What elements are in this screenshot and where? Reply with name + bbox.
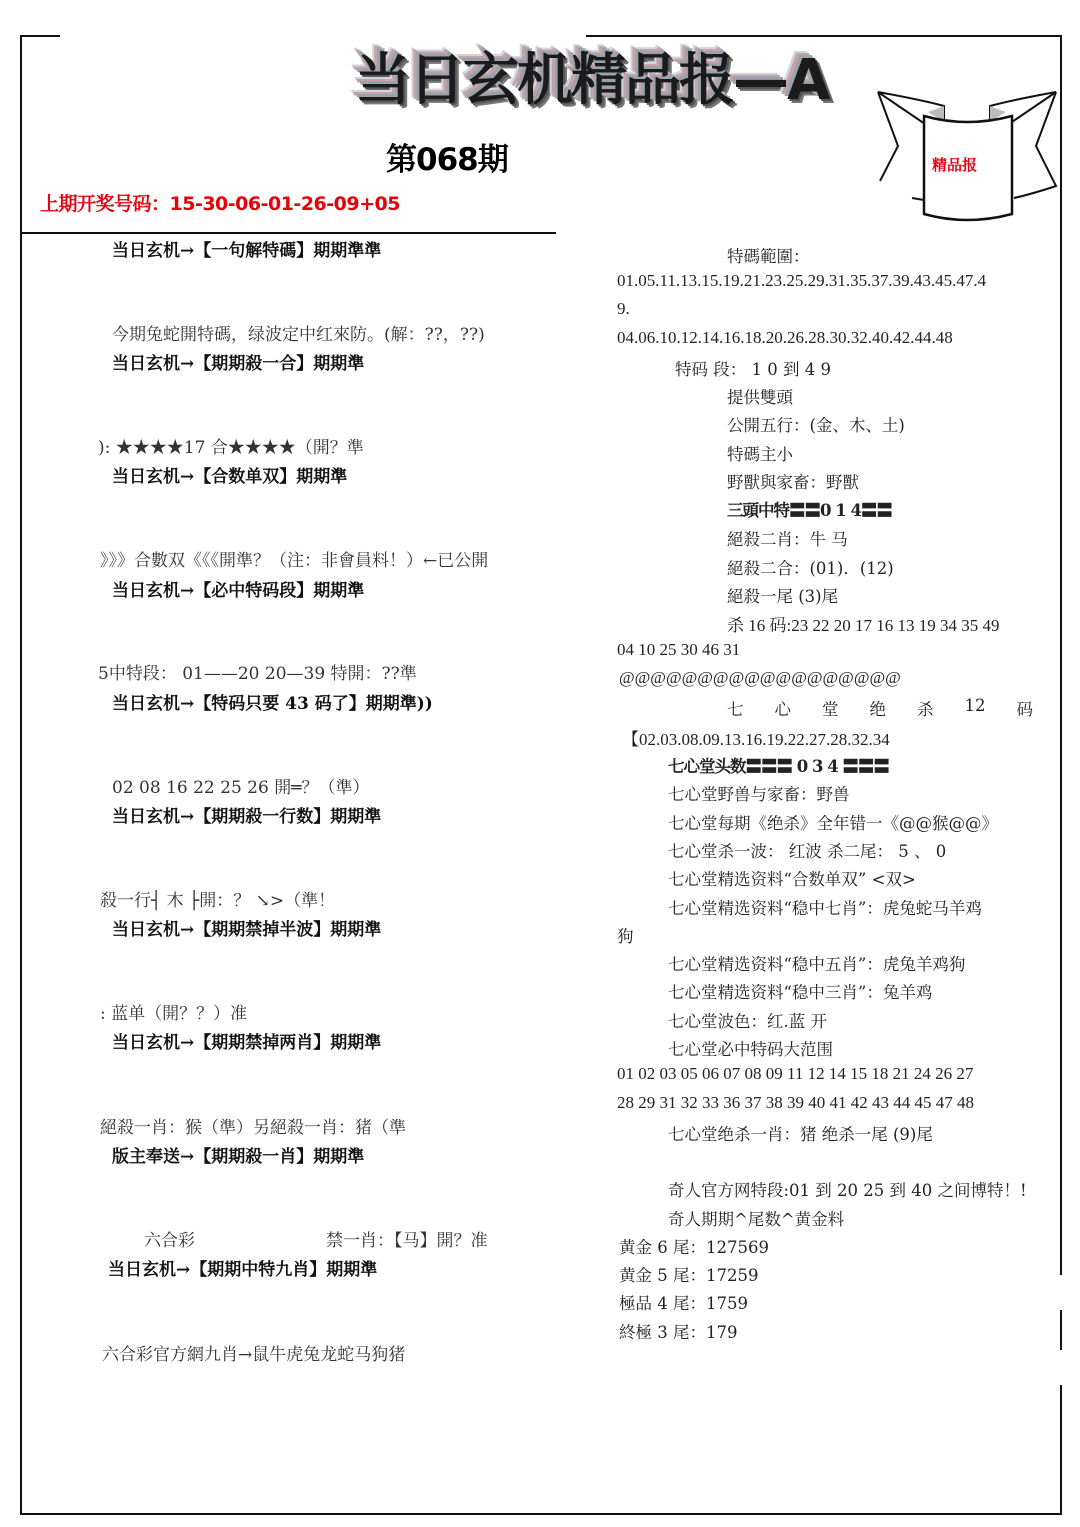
kill16-label: 杀 16 码:: [727, 616, 791, 635]
qxt-item: 七心堂波色：红.蓝 开: [668, 1008, 827, 1032]
tail-label: 終極 3 尾：: [619, 1323, 706, 1342]
segment: 特码 段： 1 0 到 4 9: [675, 356, 831, 380]
block-heading: 当日玄机→【一句解特碼】期期準準: [112, 236, 381, 261]
block-content: 》》》合數双《《《開準？（注：非會員料！）←已公開: [100, 546, 488, 571]
qxt-title-char: 码: [1017, 696, 1034, 720]
last-draw-numbers: 15-30-06-01-26-09+05: [170, 193, 400, 215]
kill16-line: 杀 16 码:23 22 20 17 16 13 19 34 35 49: [727, 611, 999, 636]
block-content: 禁一肖：【马】開？准: [326, 1226, 488, 1251]
tail-value: 17259: [706, 1266, 759, 1285]
block-content: 六合彩官方網九肖→鼠牛虎兔龙蛇马狗猪: [102, 1340, 405, 1365]
at-divider: @@@@@@@@@@@@@@@@@@: [619, 668, 901, 688]
title-text: 当日玄机精品报—A: [355, 46, 828, 116]
block-heading: 当日玄机→【期期殺一合】期期準: [112, 349, 364, 374]
frame-top-left: [20, 35, 60, 37]
block-heading: 当日玄机→【特码只要 43 码了】期期準)): [112, 689, 433, 714]
qiren-segment: 奇人官方网特段:01 到 20 25 到 40 之间博特！!: [668, 1177, 1027, 1201]
block-heading: 版主奉送→【期期殺一肖】期期準: [112, 1142, 364, 1167]
block-heading: 当日玄机→【期期殺一行数】期期準: [112, 802, 381, 827]
big-range-line: 28 29 31 32 33 36 37 38 39 40 41 42 43 4…: [617, 1093, 974, 1113]
block-content: 殺一行┤ 木 ├開：？ ↘>（準！: [100, 886, 335, 911]
range-title: 特碼範圍：: [727, 243, 810, 267]
frame-right-c: [1060, 1385, 1062, 1515]
tail-row: 黄金 5 尾：17259: [619, 1262, 759, 1286]
qxt-final: 七心堂绝杀一肖：猪 绝杀一尾 (9)尾: [668, 1121, 933, 1145]
big-range-line: 01 02 03 05 06 07 08 09 11 12 14 15 18 2…: [617, 1064, 973, 1084]
info-item: 特碼主小: [727, 441, 793, 465]
tail-row: 極品 4 尾：1759: [619, 1290, 748, 1314]
qxt-title-char: 12: [965, 696, 986, 720]
qxt-item: 七心堂每期《绝杀》全年错一《@@猴@@》: [668, 810, 998, 834]
tail-label: 黄金 5 尾：: [619, 1266, 706, 1285]
info-item: 絕殺二合：(01)．(12): [727, 555, 894, 579]
block-content: 今期兔蛇開特碼，绿波定中红來防。(解：??，??): [112, 320, 485, 345]
info-item: 三頭中特〓〓0 1 4〓〓: [727, 497, 892, 521]
range-line: 04.06.10.12.14.16.18.20.26.28.30.32.40.4…: [617, 328, 953, 348]
tail-value: 127569: [706, 1238, 769, 1257]
info-item: 提供雙頭: [727, 384, 793, 408]
ribbon-banner-icon: 精品报: [862, 86, 1072, 231]
block-content: 02 08 16 22 25 26 開═？（準）: [112, 773, 369, 798]
frame-right-b: [1060, 1310, 1062, 1350]
info-item: 絕殺二肖：牛 马: [727, 526, 848, 550]
tail-label: 黄金 6 尾：: [619, 1238, 706, 1257]
block-heading: 当日玄机→【合数单双】期期準: [112, 462, 347, 487]
qxt-item: 七心堂精选资料“合数单双” <双>: [668, 866, 916, 890]
frame-top-right: [586, 35, 1062, 37]
qxt-item: 七心堂必中特码大范围: [668, 1036, 833, 1060]
kill16-numbers: 23 22 20 17 16 13 19 34 35 49: [791, 616, 999, 635]
qxt-item: 七心堂精选资料“稳中三肖”：兔羊鸡: [668, 979, 932, 1003]
header-divider: [20, 232, 556, 234]
page-title: 当日玄机精品报—A: [355, 46, 875, 116]
qxt-item: 七心堂杀一波： 红波 杀二尾： 5 、 0: [668, 838, 946, 862]
range-line: 01.05.11.13.15.19.21.23.25.29.31.35.37.3…: [617, 271, 986, 291]
info-item: 野獸與家畜：野獸: [727, 469, 859, 493]
info-item: 公開五行：(金、木、土): [727, 412, 905, 436]
tail-row: 終極 3 尾：179: [619, 1319, 738, 1343]
qxt-item: 七心堂精选资料“稳中五肖”：虎兔羊鸡狗: [668, 951, 965, 975]
tail-value: 179: [706, 1323, 738, 1342]
block-heading: 当日玄机→【期期中特九肖】期期準: [108, 1255, 377, 1280]
qxt-title: 七 心 堂 绝 杀 12 码: [727, 696, 1033, 720]
block-content: ): ★★★★17 合★★★★（開？準: [98, 433, 364, 458]
issue-number: 第068期: [386, 134, 508, 179]
block-heading: 当日玄机→【必中特码段】期期準: [112, 576, 364, 601]
tail-value: 1759: [706, 1294, 748, 1313]
block-content: 5中特段： 01——20 20—39 特開：??準: [98, 659, 417, 684]
range-line: 9.: [617, 299, 630, 319]
frame-left: [20, 35, 22, 1515]
tail-row: 黄金 6 尾：127569: [619, 1234, 769, 1258]
qxt-item: 七心堂头数〓〓〓 0 3 4 〓〓〓: [668, 753, 889, 777]
qiren-title: 奇人期期^尾数^黄金料: [668, 1206, 844, 1230]
frame-bottom: [20, 1513, 1062, 1515]
block-heading: 当日玄机→【期期禁掉半波】期期準: [112, 915, 381, 940]
qxt-item: 七心堂精选资料“稳中七肖”：虎兔蛇马羊鸡: [668, 895, 982, 919]
kill16-numbers-cont: 04 10 25 30 46 31: [617, 640, 740, 660]
last-draw: 上期开奖号码：15-30-06-01-26-09+05: [40, 189, 400, 216]
block-content: 絕殺一肖：猴（準）另絕殺一肖：猪（準: [100, 1113, 406, 1138]
info-item: 絕殺一尾 (3)尾: [727, 583, 838, 607]
block-heading: 当日玄机→【期期禁掉两肖】期期準: [112, 1028, 381, 1053]
tail-label: 極品 4 尾：: [619, 1294, 706, 1313]
qxt-title-char: 绝: [870, 696, 887, 720]
qxt-title-char: 杀: [917, 696, 934, 720]
banner-label: 精品报: [932, 154, 977, 175]
last-draw-label: 上期开奖号码：: [40, 193, 170, 215]
block-content: 六合彩: [144, 1226, 195, 1251]
qxt-title-char: 心: [775, 696, 792, 720]
qxt-title-char: 七: [727, 696, 744, 720]
qxt-kill12: 【02.03.08.09.13.16.19.22.27.28.32.34: [622, 725, 890, 750]
block-content: : 蓝单（開？？）准: [100, 999, 247, 1024]
qxt-item-wrap: 狗: [617, 923, 634, 947]
qxt-item: 七心堂野兽与家畜：野兽: [668, 781, 850, 805]
qxt-title-char: 堂: [822, 696, 839, 720]
